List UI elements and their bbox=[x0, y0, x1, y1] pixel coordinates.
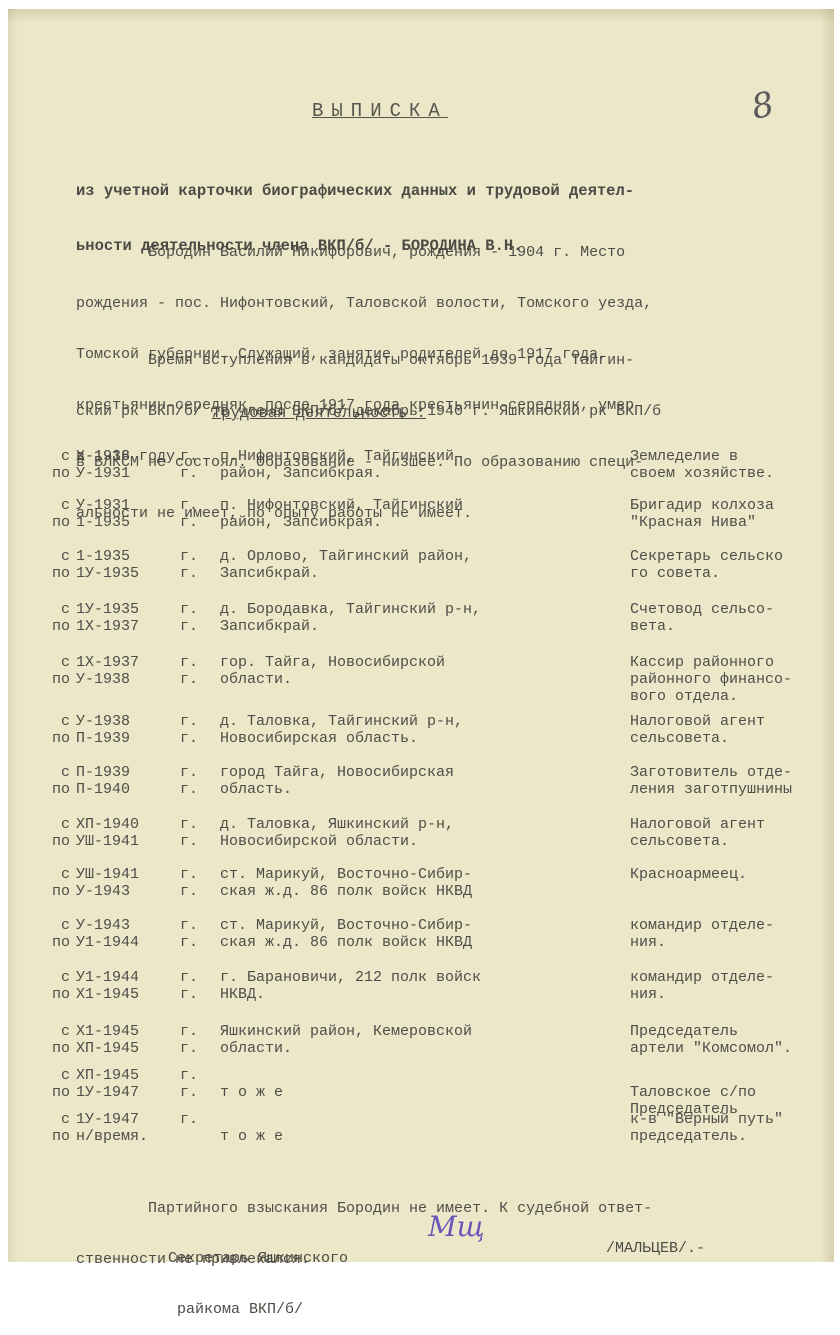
period-prefix: спо bbox=[40, 866, 70, 900]
period-dates: ХП-1940УШ-1941 bbox=[76, 816, 139, 850]
period-dates: 1У-19351Х-1937 bbox=[76, 601, 139, 635]
period-prefix: спо bbox=[40, 764, 70, 798]
footer-paragraph: Партийного взыскания Бородин не имеет. К… bbox=[76, 1166, 652, 1262]
year-suffix: г.г. bbox=[180, 866, 198, 900]
year-suffix: г.г. bbox=[180, 764, 198, 798]
employment-position: Секретарь сельского совета. bbox=[630, 548, 783, 582]
employment-place: д. Орлово, Тайгинский район,Запсибкрай. bbox=[220, 548, 472, 582]
period-prefix: спо bbox=[40, 969, 70, 1003]
signatory-name: /МАЛЬЦЕВ/.- bbox=[606, 1240, 705, 1257]
period-prefix: спо bbox=[40, 448, 70, 482]
year-suffix: г.г. bbox=[180, 548, 198, 582]
employment-place: д. Таловка, Тайгинский р-н,Новосибирская… bbox=[220, 713, 463, 747]
period-dates: У-19311-1935 bbox=[76, 497, 130, 531]
period-dates: Х1-1945ХП-1945 bbox=[76, 1023, 139, 1057]
employment-place: т о ж е bbox=[220, 1067, 283, 1101]
employment-position: Красноармеец. bbox=[630, 866, 747, 883]
employment-place: город Тайга, Новосибирскаяобласть. bbox=[220, 764, 454, 798]
employment-position: Счетовод сельсо-вета. bbox=[630, 601, 774, 635]
year-suffix: г.г. bbox=[180, 1023, 198, 1057]
year-suffix: г.г. bbox=[180, 713, 198, 747]
period-prefix: спо bbox=[40, 548, 70, 582]
employment-position: к-в "Верный путь"председатель. bbox=[630, 1111, 783, 1145]
period-dates: 1-19351У-1935 bbox=[76, 548, 139, 582]
year-suffix: г.г. bbox=[180, 917, 198, 951]
year-suffix: г.г. bbox=[180, 601, 198, 635]
paragraph-line: Время вступления в кандидаты октябрь 193… bbox=[76, 352, 661, 369]
employment-position: командир отделе-ния. bbox=[630, 969, 774, 1003]
employment-place: д. Таловка, Яшкинский р-н,Новосибирской … bbox=[220, 816, 454, 850]
employment-place: п.Нифонтовский, Тайгинскийрайон, Запсибк… bbox=[220, 448, 454, 482]
employment-place: Яшкинский район, Кемеровскойобласти. bbox=[220, 1023, 472, 1057]
employment-position: Налоговой агентсельсовета. bbox=[630, 713, 765, 747]
subtitle-line: из учетной карточки биографических данны… bbox=[76, 182, 634, 199]
section-heading: Трудовая деятельность : bbox=[212, 404, 426, 422]
employment-position: Председательартели "Комсомол". bbox=[630, 1023, 792, 1057]
year-suffix: г.г. bbox=[180, 497, 198, 531]
employment-place: д. Бородавка, Тайгинский р-н,Запсибкрай. bbox=[220, 601, 481, 635]
employment-position: Земледелие всвоем хозяйстве. bbox=[630, 448, 774, 482]
period-dates: X-1918У-1931 bbox=[76, 448, 130, 482]
employment-position: Заготовитель отде-ления заготпушнины bbox=[630, 764, 792, 798]
period-dates: УШ-1941У-1943 bbox=[76, 866, 139, 900]
handwritten-signature: Мщ bbox=[428, 1210, 485, 1243]
period-prefix: спо bbox=[40, 601, 70, 635]
period-dates: У-1943У1-1944 bbox=[76, 917, 139, 951]
period-prefix: спо bbox=[40, 497, 70, 531]
year-suffix: г.г. bbox=[180, 654, 198, 688]
employment-place: гор. Тайга, Новосибирскойобласти. bbox=[220, 654, 445, 688]
year-suffix: г.г. bbox=[180, 969, 198, 1003]
employment-position: Бригадир колхоза"Красная Нива" bbox=[630, 497, 774, 531]
year-suffix: г. bbox=[180, 1111, 198, 1145]
period-dates: У-1938П-1939 bbox=[76, 713, 130, 747]
document-title: ВЫПИСКА bbox=[312, 100, 448, 122]
year-suffix: г.г. bbox=[180, 1067, 198, 1101]
period-prefix: спо bbox=[40, 1111, 70, 1145]
employment-place: г. Барановичи, 212 полк войскНКВД. bbox=[220, 969, 481, 1003]
signatory-role: Секретарь Яшкинского райкома ВКП/б/ bbox=[168, 1216, 348, 1262]
employment-position: Кассир районногорайонного финансо-вого о… bbox=[630, 654, 792, 705]
paragraph-line: рождения - пос. Нифонтовский, Таловской … bbox=[76, 295, 652, 312]
role-line: Секретарь Яшкинского bbox=[168, 1250, 348, 1262]
year-suffix: г.г. bbox=[180, 816, 198, 850]
employment-place: ст. Марикуй, Восточно-Сибир-ская ж.д. 86… bbox=[220, 917, 472, 951]
footer-line: Партийного взыскания Бородин не имеет. К… bbox=[76, 1200, 652, 1217]
period-dates: 1Х-1937У-1938 bbox=[76, 654, 139, 688]
employment-position: Налоговой агентсельсовета. bbox=[630, 816, 765, 850]
employment-place: п. Нифонтовский, Тайгинскийрайон, Запсиб… bbox=[220, 497, 463, 531]
period-dates: 1У-1947н/время. bbox=[76, 1111, 148, 1145]
employment-place: ст. Марикуй, Восточно-Сибир-ская ж.д. 86… bbox=[220, 866, 472, 900]
period-prefix: спо bbox=[40, 713, 70, 747]
period-prefix: спо bbox=[40, 917, 70, 951]
period-prefix: спо bbox=[40, 1023, 70, 1057]
footer-line: ственности не привлекался. bbox=[76, 1251, 652, 1262]
paragraph-line: Бородин Василий Никифорович, рождения - … bbox=[76, 244, 652, 261]
employment-place: т о ж е bbox=[220, 1111, 283, 1145]
period-prefix: спо bbox=[40, 654, 70, 688]
year-suffix: г.г. bbox=[180, 448, 198, 482]
period-dates: ХП-19451У-1947 bbox=[76, 1067, 139, 1101]
period-dates: У1-1944Х1-1945 bbox=[76, 969, 139, 1003]
period-prefix: спо bbox=[40, 816, 70, 850]
employment-position: командир отделе-ния. bbox=[630, 917, 774, 951]
period-prefix: спо bbox=[40, 1067, 70, 1101]
period-dates: П-1939П-1940 bbox=[76, 764, 130, 798]
